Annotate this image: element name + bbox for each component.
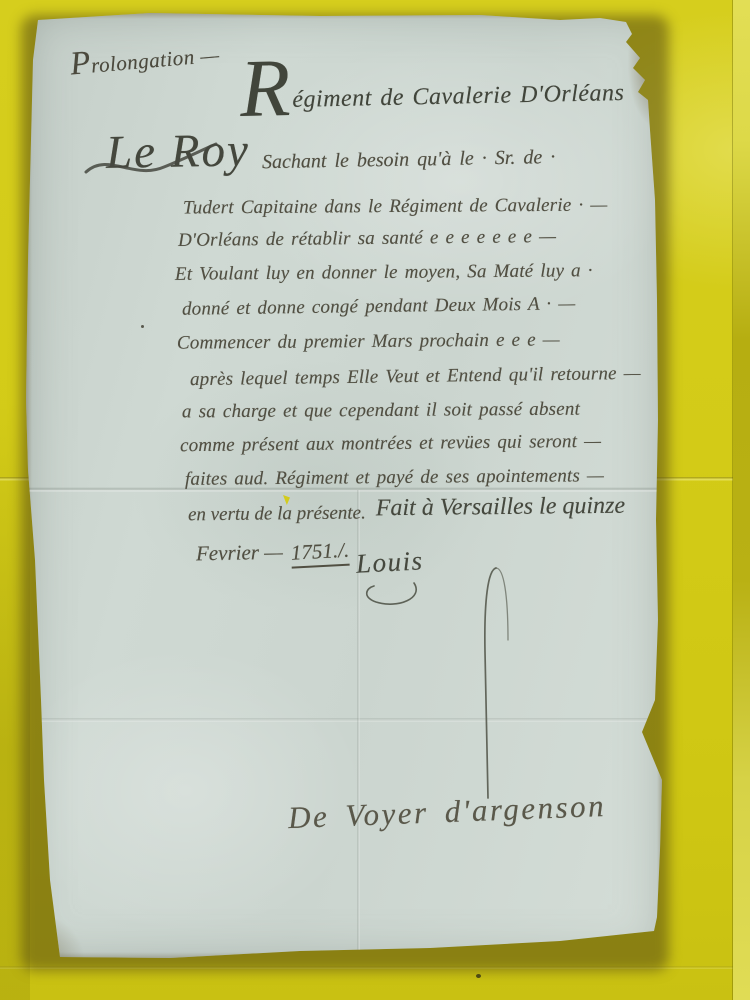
- photo-background: Prolongation — R égiment de Cavalerie D'…: [0, 0, 750, 1000]
- paper-hole: [283, 495, 290, 505]
- paper-fold-crease-middle: [25, 487, 665, 492]
- paper-fold-crease-lower: [25, 718, 665, 722]
- background-fold-band: [733, 0, 750, 1000]
- paper-fold-crease-vertical: [357, 490, 360, 958]
- background-speck: [476, 974, 481, 978]
- document-paper: [25, 10, 665, 962]
